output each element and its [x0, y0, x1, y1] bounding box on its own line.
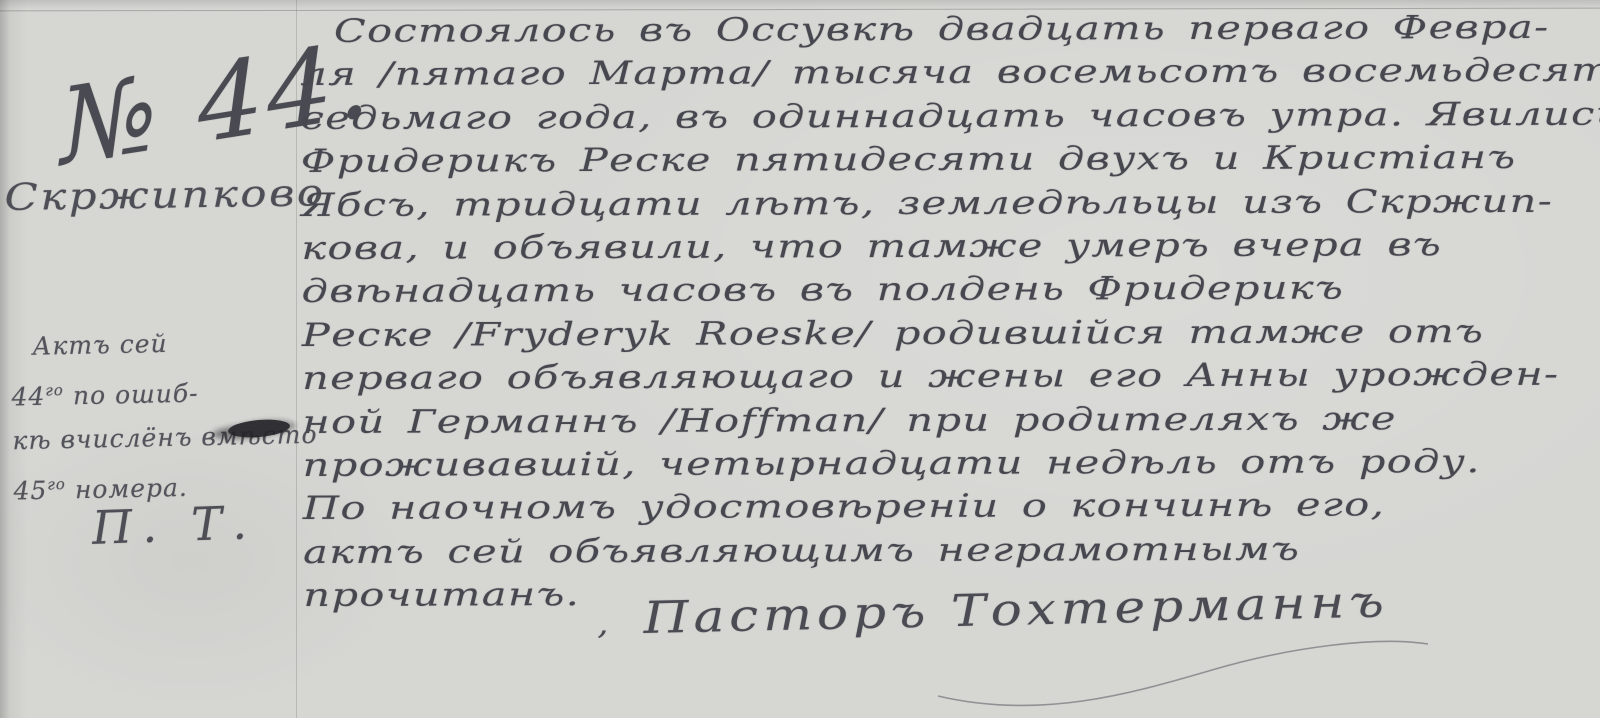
body-line: кова, и объявили, что тамже умеръ вчера …: [301, 223, 1600, 271]
body-line: ля /пятаго Марта/ тысяча восемьсотъ восе…: [300, 49, 1600, 97]
pen-mark: ,: [596, 607, 613, 642]
margin-note-line: 44го по ошиб-: [11, 363, 317, 420]
body-line: двѣнадцать часовъ въ полдень Фридерикъ: [301, 266, 1600, 314]
body-text: Состоялось въ Оссувкѣ двадцать перваго Ф…: [300, 6, 1600, 618]
body-line: Ябсъ, тридцати лѣтъ, земледѣльцы изъ Скр…: [301, 179, 1600, 227]
body-line: проживавшій, четырнадцати недѣль отъ род…: [302, 440, 1600, 488]
body-line: Реске /Fryderyk Roeske/ родившійся тамже…: [302, 309, 1600, 357]
body-line: Фридерикъ Реске пятидесяти двухъ и Крист…: [301, 136, 1600, 184]
body-line: Состоялось въ Оссувкѣ двадцать перваго Ф…: [300, 6, 1600, 54]
document-scan: № 44. Скржипково Актъ сей 44го по ошиб- …: [0, 0, 1600, 718]
margin-note-line: Актъ сей: [10, 319, 316, 369]
body-line: ной Германнъ /Hoffman/ при родителяхъ же: [302, 396, 1600, 444]
body-line: актъ сей объявляющимъ неграмотнымъ: [303, 526, 1600, 574]
body-line: По наочномъ удостовѣреніи о кончинѣ его,: [303, 483, 1600, 531]
body-line: седьмаго года, въ одиннадцать часовъ утр…: [300, 92, 1600, 140]
clerk-initials: П. Т.: [91, 495, 257, 555]
body-line: перваго объявляющаго и жены его Анны уро…: [302, 353, 1600, 401]
place-name: Скржипково: [4, 171, 326, 219]
signature-flourish: [930, 630, 1440, 715]
margin-note: Актъ сей 44го по ошиб- кѣ вчислёнъ вмѣст…: [10, 319, 319, 514]
